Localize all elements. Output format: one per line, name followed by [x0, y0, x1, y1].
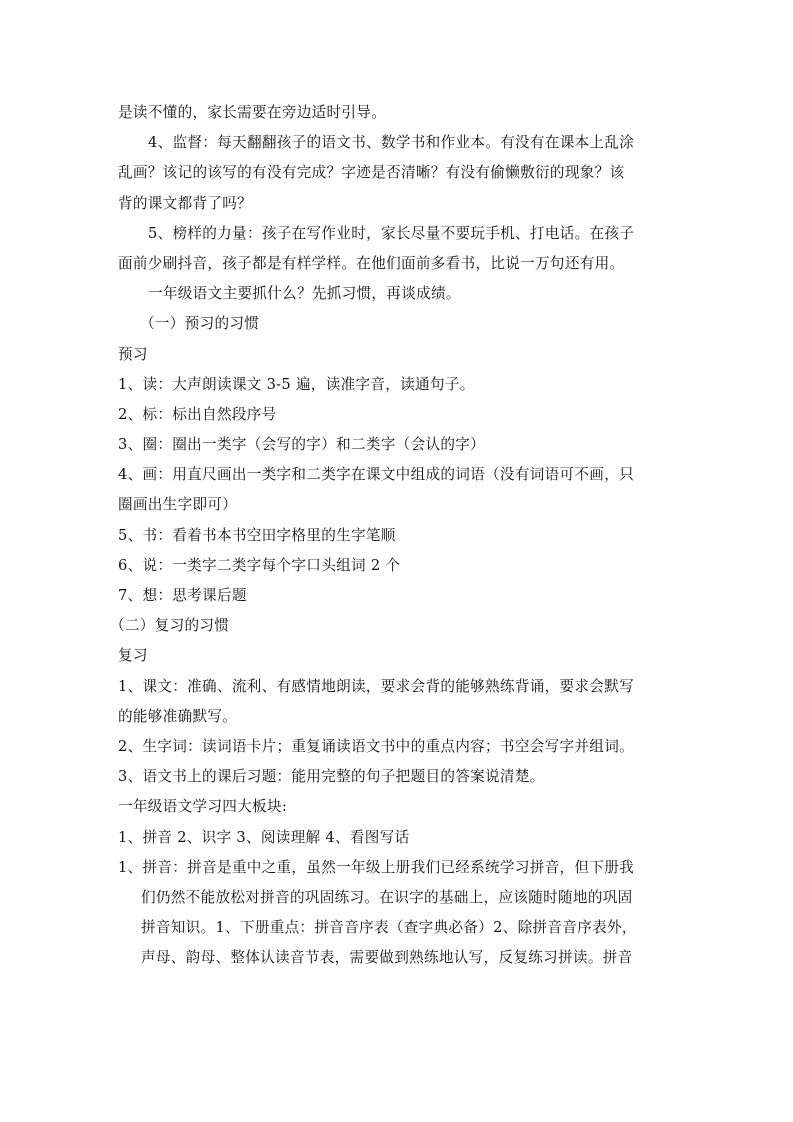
paragraph-role-model-cont: 面前少刷抖音，孩子都是有样学样。在他们面前多看书，比说一万句还有用。: [118, 249, 678, 279]
section-heading-preview-habit: （一）预习的习惯: [118, 309, 678, 339]
section-heading-review-habit: （二）复习的习惯: [110, 611, 678, 641]
paragraph-pinyin: 1、拼音：拼音是重中之重，虽然一年级上册我们已经系统学习拼音，但下册我: [118, 853, 678, 883]
list-item-read: 1、读：大声朗读课文 3-5 遍，读准字音，读通句子。: [118, 370, 678, 400]
list-item-text: 1、课文：准确、流利、有感情地朗读，要求会背的能够熟练背诵，要求会默写: [118, 672, 678, 702]
subheading-preview: 预习: [118, 340, 678, 370]
list-item-exercises: 3、语文书上的课后习题：能用完整的句子把题目的答案说清楚。: [118, 762, 678, 792]
heading-four-modules: 一年级语文学习四大板块:: [118, 792, 678, 822]
paragraph-supervision-cont: 背的课文都背了吗？: [118, 189, 678, 219]
list-item-mark: 2、标：标出自然段序号: [118, 400, 678, 430]
list-item-think: 7、想：思考课后题: [118, 581, 678, 611]
list-item-draw-cont: 圈画出生字即可）: [118, 490, 678, 520]
document-page: 是读不懂的，家长需要在旁边适时引导。 4、监督：每天翻翻孩子的语文书、数学书和作…: [118, 98, 678, 973]
list-item-say: 6、说：一类字二类字每个字口头组词 2 个: [118, 551, 678, 581]
paragraph-pinyin-cont: 拼音知识。1、下册重点：拼音音序表（查字典必备）2、除拼音音序表外，: [118, 913, 678, 943]
list-item-text-cont: 的能够准确默写。: [118, 702, 678, 732]
paragraph-supervision: 4、监督：每天翻翻孩子的语文书、数学书和作业本。有没有在课本上乱涂: [118, 128, 678, 158]
paragraph-guidance-end: 是读不懂的，家长需要在旁边适时引导。: [118, 98, 678, 128]
paragraph-focus-question: 一年级语文主要抓什么？先抓习惯，再谈成绩。: [118, 279, 678, 309]
list-item-circle: 3、圈：圈出一类字（会写的字）和二类字（会认的字）: [118, 430, 678, 460]
paragraph-pinyin-cont: 声母、韵母、整体认读音节表，需要做到熟练地认写，反复练习拼读。拼音: [118, 943, 678, 973]
list-item-draw: 4、画：用直尺画出一类字和二类字在课文中组成的词语（没有词语可不画，只: [118, 460, 678, 490]
paragraph-role-model: 5、榜样的力量：孩子在写作业时，家长尽量不要玩手机、打电话。在孩子: [118, 219, 678, 249]
paragraph-supervision-cont: 乱画？该记的该写的有没有完成？字迹是否清晰？有没有偷懒敷衍的现象？该: [118, 158, 678, 188]
modules-list: 1、拼音 2、识字 3、阅读理解 4、看图写话: [118, 823, 678, 853]
list-item-vocab: 2、生字词：读词语卡片；重复诵读语文书中的重点内容；书空会写字并组词。: [118, 732, 678, 762]
list-item-write: 5、书：看着书本书空田字格里的生字笔顺: [118, 521, 678, 551]
paragraph-pinyin-cont: 们仍然不能放松对拼音的巩固练习。在识字的基础上，应该随时随地的巩固: [118, 883, 678, 913]
subheading-review: 复习: [118, 641, 678, 671]
